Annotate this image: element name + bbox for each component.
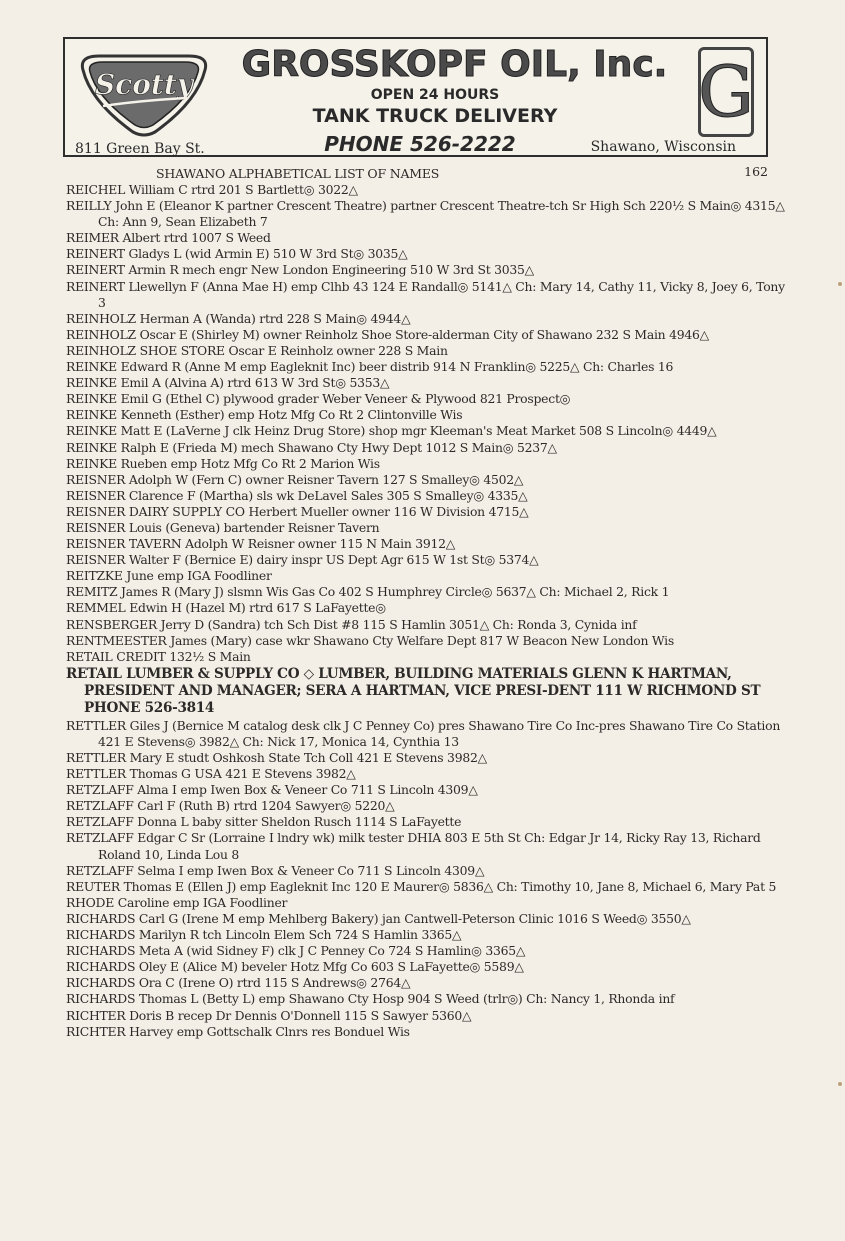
listing-entry: RICHARDS Oley E (Alice M) beveler Hotz M… bbox=[66, 959, 786, 975]
paper-speck bbox=[838, 1082, 842, 1086]
listing-entry: REISNER Adolph W (Fern C) owner Reisner … bbox=[66, 472, 786, 488]
listing-entry: REINHOLZ Herman A (Wanda) rtrd 228 S Mai… bbox=[66, 311, 786, 327]
listing-entry: REMITZ James R (Mary J) slsmn Wis Gas Co… bbox=[66, 584, 786, 600]
listing-entry: REISNER DAIRY SUPPLY CO Herbert Mueller … bbox=[66, 504, 786, 520]
listing-entry: RICHARDS Ora C (Irene O) rtrd 115 S Andr… bbox=[66, 975, 786, 991]
listing-entry: RICHARDS Meta A (wid Sidney F) clk J C P… bbox=[66, 943, 786, 959]
listing-entry: REITZKE June emp IGA Foodliner bbox=[66, 568, 786, 584]
listing-entry: RETZLAFF Alma I emp Iwen Box & Veneer Co… bbox=[66, 782, 786, 798]
listing-entry: RICHTER Harvey emp Gottschalk Clnrs res … bbox=[66, 1024, 786, 1040]
listing-entry: REISNER Louis (Geneva) bartender Reisner… bbox=[66, 520, 786, 536]
listing-entry: RETZLAFF Selma I emp Iwen Box & Veneer C… bbox=[66, 863, 786, 879]
listing-entry: REINERT Armin R mech engr New London Eng… bbox=[66, 262, 786, 278]
page-number: 162 bbox=[744, 164, 768, 179]
listing-entry: RENTMEESTER James (Mary) case wkr Shawan… bbox=[66, 633, 786, 649]
listing-entry: REINKE Matt E (LaVerne J clk Heinz Drug … bbox=[66, 423, 786, 439]
advertiser-listing-entry: RETAIL LUMBER & SUPPLY CO ◇ LUMBER, BUIL… bbox=[66, 666, 784, 717]
listing-entry: RICHARDS Carl G (Irene M emp Mehlberg Ba… bbox=[66, 911, 786, 927]
listing-entry: REINKE Emil G (Ethel C) plywood grader W… bbox=[66, 391, 786, 407]
scotty-logo-icon: Scotty bbox=[75, 52, 213, 138]
svg-text:Scotty: Scotty bbox=[95, 68, 195, 101]
name-listing: REICHEL William C rtrd 201 S Bartlett◎ 3… bbox=[66, 182, 786, 1040]
listing-entry: RICHARDS Thomas L (Betty L) emp Shawano … bbox=[66, 991, 786, 1007]
hours-text: OPEN 24 HOURS bbox=[265, 87, 605, 103]
listing-entry: RETTLER Mary E studt Oshkosh State Tch C… bbox=[66, 750, 786, 766]
page-title: SHAWANO ALPHABETICAL LIST OF NAMES bbox=[156, 166, 439, 181]
listing-entry: REISNER Clarence F (Martha) sls wk DeLav… bbox=[66, 488, 786, 504]
street-address: 811 Green Bay St. bbox=[75, 141, 205, 157]
listing-entry: REINKE Ralph E (Frieda M) mech Shawano C… bbox=[66, 440, 786, 456]
listing-entry: REICHEL William C rtrd 201 S Bartlett◎ 3… bbox=[66, 182, 786, 198]
listing-entry: REIMER Albert rtrd 1007 S Weed bbox=[66, 230, 786, 246]
listing-entry: REINERT Llewellyn F (Anna Mae H) emp Clh… bbox=[66, 279, 786, 311]
listing-entry: REINHOLZ Oscar E (Shirley M) owner Reinh… bbox=[66, 327, 786, 343]
grosskopf-oil-advertisement: Scotty GROSSKOPF OIL, Inc. OPEN 24 HOURS… bbox=[63, 37, 768, 157]
listing-entry: RICHARDS Marilyn R tch Lincoln Elem Sch … bbox=[66, 927, 786, 943]
service-text: TANK TRUCK DELIVERY bbox=[235, 105, 635, 127]
company-name: GROSSKOPF OIL, Inc. bbox=[222, 42, 687, 88]
listing-entry: RICHTER Doris B recep Dr Dennis O'Donnel… bbox=[66, 1008, 786, 1024]
listing-entry: RETZLAFF Donna L baby sitter Sheldon Rus… bbox=[66, 814, 786, 830]
listing-entry: REINKE Emil A (Alvina A) rtrd 613 W 3rd … bbox=[66, 375, 786, 391]
phone-text: PHONE 526-2222 bbox=[295, 132, 545, 156]
city-state: Shawano, Wisconsin bbox=[591, 139, 736, 155]
listing-entry: RETTLER Thomas G USA 421 E Stevens 3982△ bbox=[66, 766, 786, 782]
listing-entry: REMMEL Edwin H (Hazel M) rtrd 617 S LaFa… bbox=[66, 600, 786, 616]
listing-entry: RENSBERGER Jerry D (Sandra) tch Sch Dist… bbox=[66, 617, 786, 633]
listing-entry: REINKE Rueben emp Hotz Mfg Co Rt 2 Mario… bbox=[66, 456, 786, 472]
listing-entry: REINKE Kenneth (Esther) emp Hotz Mfg Co … bbox=[66, 407, 786, 423]
listing-entry: RETZLAFF Carl F (Ruth B) rtrd 1204 Sawye… bbox=[66, 798, 786, 814]
paper-speck bbox=[838, 282, 842, 286]
listing-entry: REISNER TAVERN Adolph W Reisner owner 11… bbox=[66, 536, 786, 552]
listing-entry: REINERT Gladys L (wid Armin E) 510 W 3rd… bbox=[66, 246, 786, 262]
listing-entry: REISNER Walter F (Bernice E) dairy inspr… bbox=[66, 552, 786, 568]
listing-entry: REINHOLZ SHOE STORE Oscar E Reinholz own… bbox=[66, 343, 786, 359]
listing-entry: RETTLER Giles J (Bernice M catalog desk … bbox=[66, 718, 786, 750]
listing-entry: RETAIL CREDIT 132½ S Main bbox=[66, 649, 786, 665]
listing-entry: REINKE Edward R (Anne M emp Eagleknit In… bbox=[66, 359, 786, 375]
listing-entry: REILLY John E (Eleanor K partner Crescen… bbox=[66, 198, 786, 230]
listing-entry: RETZLAFF Edgar C Sr (Lorraine I lndry wk… bbox=[66, 830, 786, 862]
listing-entry: REUTER Thomas E (Ellen J) emp Eagleknit … bbox=[66, 879, 786, 895]
listing-entry: RHODE Caroline emp IGA Foodliner bbox=[66, 895, 786, 911]
page-header: SHAWANO ALPHABETICAL LIST OF NAMES 162 bbox=[63, 166, 768, 182]
g-monogram-icon: G bbox=[698, 47, 754, 137]
